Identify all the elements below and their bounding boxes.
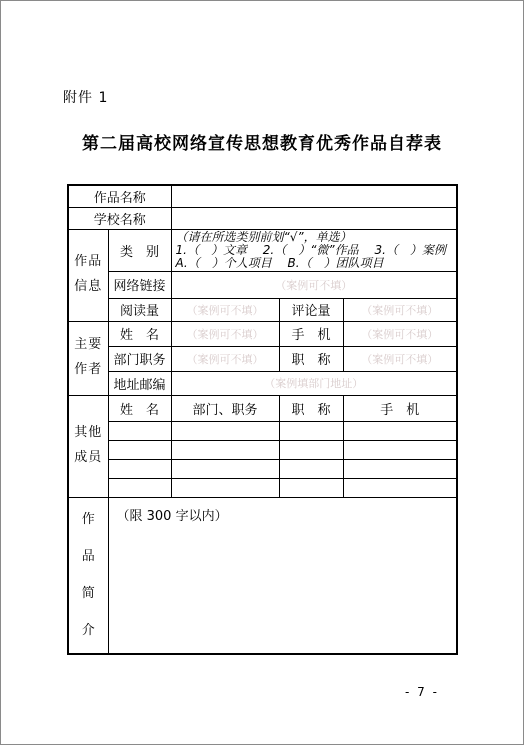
author-name-value-cell: （案例可不填） xyxy=(171,321,279,346)
main-author-group-label: 主要作者 xyxy=(68,321,108,395)
document-page: { "page": { "attachment_label": "附件 1", … xyxy=(0,0,524,745)
school-name-label: 学校名称 xyxy=(68,207,171,229)
work-name-label: 作品名称 xyxy=(68,185,171,207)
author-mobile-label: 手 机 xyxy=(279,321,343,346)
member-name-cell xyxy=(108,421,171,440)
comments-value-cell: （案例可不填） xyxy=(343,298,457,321)
author-title-label: 职 称 xyxy=(279,346,343,371)
other-members-group-label: 其他成员 xyxy=(68,395,108,497)
member-name-cell xyxy=(108,478,171,497)
attachment-label: 附件 1 xyxy=(63,87,108,107)
reads-value-cell: （案例可不填） xyxy=(171,298,279,321)
page-number: - 7 - xyxy=(405,685,439,699)
author-dept-value-cell: （案例可不填） xyxy=(171,346,279,371)
work-intro-cell: （限 300 字以内） xyxy=(108,497,457,654)
member-dept-header: 部门、职务 xyxy=(171,395,279,421)
member-name-cell xyxy=(108,459,171,478)
member-empty-row xyxy=(68,459,457,478)
member-mobile-cell xyxy=(343,440,457,459)
link-label: 网络链接 xyxy=(108,271,171,298)
table-row: 其他成员 姓 名 部门、职务 职 称 手 机 xyxy=(68,395,457,421)
category-label: 类 别 xyxy=(108,229,171,271)
author-name-label: 姓 名 xyxy=(108,321,171,346)
work-name-value-cell xyxy=(171,185,457,207)
member-title-cell xyxy=(279,459,343,478)
comments-label: 评论量 xyxy=(279,298,343,321)
member-title-cell xyxy=(279,478,343,497)
table-row: 主要作者 姓 名 （案例可不填） 手 机 （案例可不填） xyxy=(68,321,457,346)
table-row: 作品信息 类 别 （请在所选类别前划“√”，单选） 1.（ ）文章 2.（ ）“… xyxy=(68,229,457,271)
member-mobile-cell xyxy=(343,478,457,497)
table-row: 地址邮编 （案例填部门地址） xyxy=(68,371,457,395)
table-row: 阅读量 （案例可不填） 评论量 （案例可不填） xyxy=(68,298,457,321)
member-title-cell xyxy=(279,440,343,459)
category-options-cell: （请在所选类别前划“√”，单选） 1.（ ）文章 2.（ ）“微”作品 3.（ … xyxy=(171,229,457,271)
category-note: （请在所选类别前划“√”，单选） xyxy=(176,231,453,244)
table-row: 部门职务 （案例可不填） 职 称 （案例可不填） xyxy=(68,346,457,371)
member-title-cell xyxy=(279,421,343,440)
work-info-group-label: 作品信息 xyxy=(68,229,108,321)
member-dept-cell xyxy=(171,440,279,459)
member-mobile-cell xyxy=(343,459,457,478)
member-dept-cell xyxy=(171,421,279,440)
link-value-cell: （案例可不填） xyxy=(171,271,457,298)
member-dept-cell xyxy=(171,478,279,497)
author-address-value-cell: （案例填部门地址） xyxy=(171,371,457,395)
member-empty-row xyxy=(68,440,457,459)
recommendation-form-table: 作品名称 学校名称 作品信息 类 别 （请在所选类别前划“√”，单选） 1.（ … xyxy=(67,184,458,655)
member-empty-row xyxy=(68,478,457,497)
author-dept-label: 部门职务 xyxy=(108,346,171,371)
member-mobile-cell xyxy=(343,421,457,440)
category-options-line1: 1.（ ）文章 2.（ ）“微”作品 3.（ ）案例 xyxy=(176,244,453,257)
author-address-label: 地址邮编 xyxy=(108,371,171,395)
member-name-header: 姓 名 xyxy=(108,395,171,421)
category-options-line2: A.（ ）个人项目 B.（ ）团队项目 xyxy=(176,257,453,270)
table-row: 作品简介 （限 300 字以内） xyxy=(68,497,457,654)
work-intro-group-label: 作品简介 xyxy=(68,497,108,654)
member-dept-cell xyxy=(171,459,279,478)
author-title-value-cell: （案例可不填） xyxy=(343,346,457,371)
author-mobile-value-cell: （案例可不填） xyxy=(343,321,457,346)
table-row: 网络链接 （案例可不填） xyxy=(68,271,457,298)
reads-label: 阅读量 xyxy=(108,298,171,321)
table-row: 作品名称 xyxy=(68,185,457,207)
member-mobile-header: 手 机 xyxy=(343,395,457,421)
member-name-cell xyxy=(108,440,171,459)
school-name-value-cell xyxy=(171,207,457,229)
page-title: 第二届高校网络宣传思想教育优秀作品自荐表 xyxy=(1,129,523,154)
member-title-header: 职 称 xyxy=(279,395,343,421)
table-row: 学校名称 xyxy=(68,207,457,229)
member-empty-row xyxy=(68,421,457,440)
